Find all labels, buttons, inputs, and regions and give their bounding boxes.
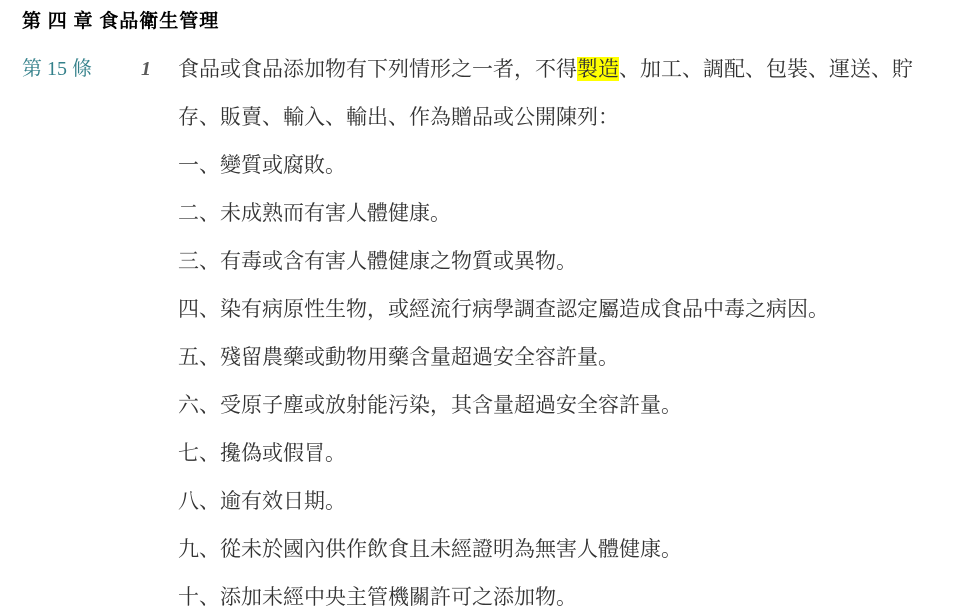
paragraph-intro-prefix: 食品或食品添加物有下列情形之一者，不得 bbox=[178, 57, 577, 81]
article-number-link[interactable]: 第 15 條 bbox=[22, 45, 141, 93]
law-item-3: 三、有毒或含有害人體健康之物質或異物。 bbox=[178, 237, 944, 285]
law-item-5: 五、殘留農藥或動物用藥含量超過安全容許量。 bbox=[178, 333, 944, 381]
chapter-title: 第 四 章 食品衛生管理 bbox=[22, 8, 956, 36]
paragraph-intro: 食品或食品添加物有下列情形之一者，不得製造、加工、調配、包裝、運送、貯存、販賣、… bbox=[178, 45, 944, 141]
article-body: 食品或食品添加物有下列情形之一者，不得製造、加工、調配、包裝、運送、貯存、販賣、… bbox=[178, 45, 944, 614]
law-item-10: 十、添加未經中央主管機關許可之添加物。 bbox=[178, 573, 944, 614]
law-item-9: 九、從未於國內供作飲食且未經證明為無害人體健康。 bbox=[178, 525, 944, 573]
law-item-6: 六、受原子塵或放射能污染，其含量超過安全容許量。 bbox=[178, 381, 944, 429]
paragraph-number: 1 bbox=[141, 45, 178, 93]
law-item-4: 四、染有病原性生物，或經流行病學調查認定屬造成食品中毒之病因。 bbox=[178, 285, 944, 333]
law-item-8: 八、逾有效日期。 bbox=[178, 477, 944, 525]
law-article-page: 第 四 章 食品衛生管理 第 15 條 1 食品或食品添加物有下列情形之一者，不… bbox=[0, 0, 968, 614]
law-item-7: 七、攙偽或假冒。 bbox=[178, 429, 944, 477]
law-item-1: 一、變質或腐敗。 bbox=[178, 141, 944, 189]
law-item-2: 二、未成熟而有害人體健康。 bbox=[178, 189, 944, 237]
search-highlight-term: 製造 bbox=[577, 57, 619, 81]
article-row: 第 15 條 1 食品或食品添加物有下列情形之一者，不得製造、加工、調配、包裝、… bbox=[22, 45, 956, 614]
